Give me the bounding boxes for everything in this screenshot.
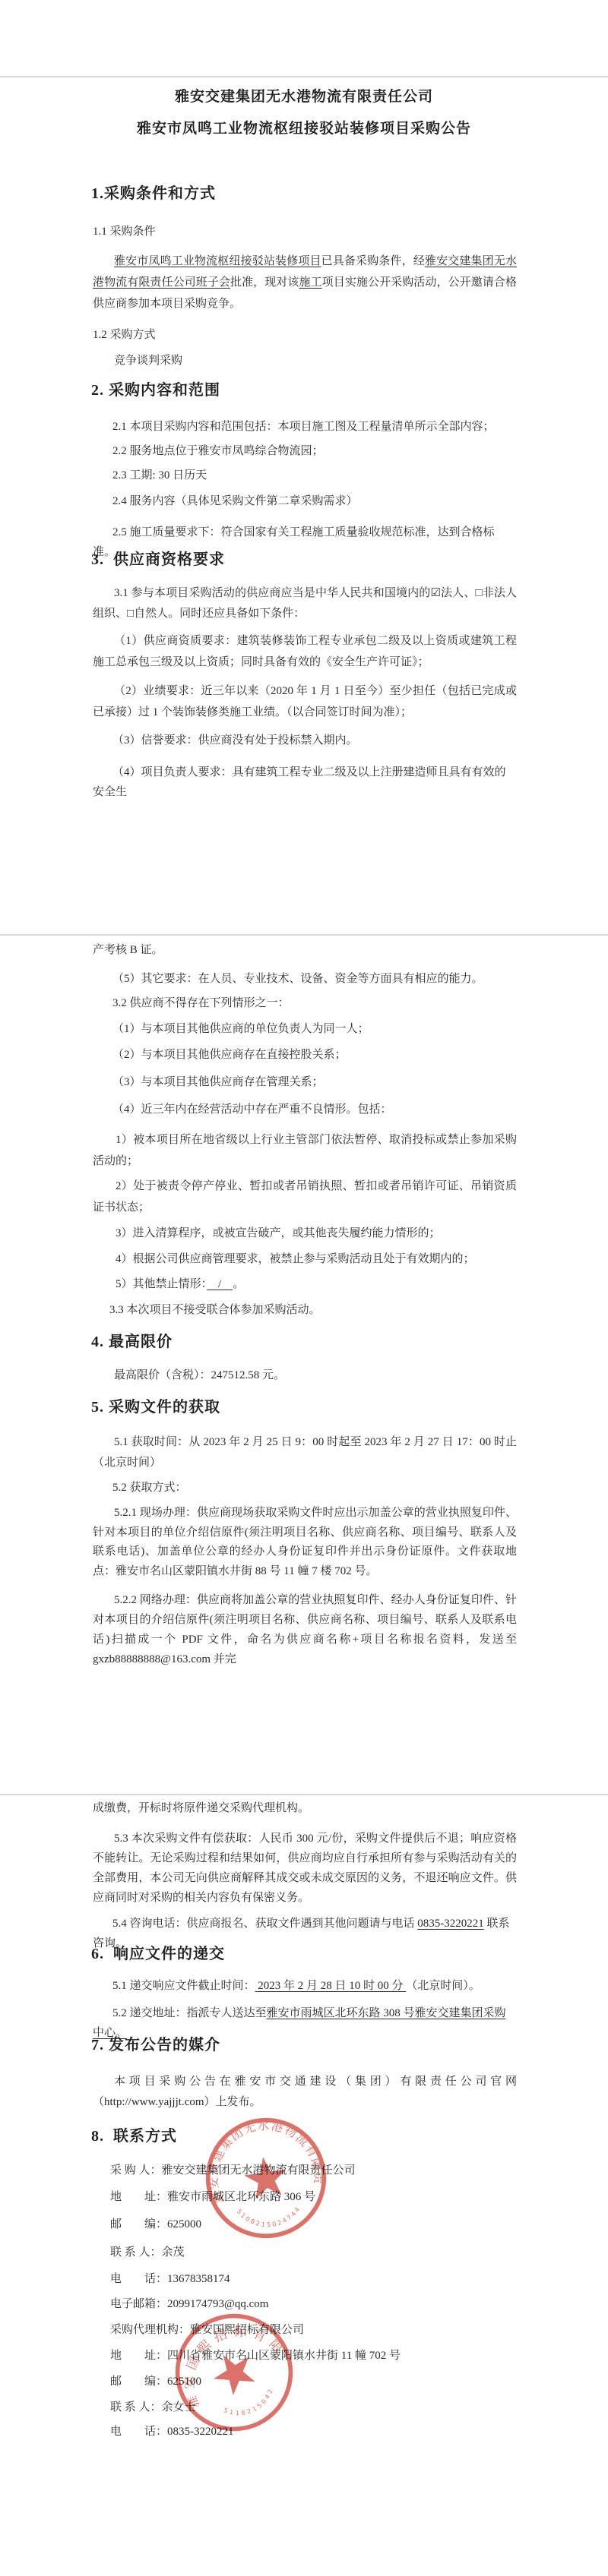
clause-5-2-1-onsite: 5.2.1 现场办理：供应商现场获取采购文件时应出示加盖公章的营业执照复印件、针…	[93, 1504, 517, 1581]
heading-1: 1.采购条件和方式	[91, 181, 216, 203]
clause-3-1-lead: 3.1 参与本项目采购活动的供应商应当是中华人民共和国境内的	[114, 587, 430, 599]
heading-6: 6. 响应文件的递交	[91, 1941, 225, 1963]
deadline-label: 5.1 递交响应文件截止时间：	[112, 1980, 255, 1992]
contact-label: 电 话：	[110, 2273, 167, 2285]
contact-label: 电子邮箱：	[110, 2298, 167, 2310]
deadline-tail: （北京时间）。	[406, 1980, 480, 1992]
para-text-2: 批准，现对该	[230, 276, 299, 289]
clause-1-2: 1.2 采购方式	[93, 325, 517, 345]
forbidden-4: （4）近三年内在经营活动中存在严重不良情形。包括：	[93, 1100, 517, 1119]
contact-label: 采 购 人：	[110, 2164, 162, 2177]
clause-3-2: 3.2 供应商不得存在下列情形之一：	[93, 993, 517, 1013]
contact-buyer-phone: 电 话：13678358174	[110, 2270, 230, 2286]
contact-label: 地 址：	[110, 2191, 167, 2203]
scanned-procurement-announcement: 雅安交建集团无水港物流有限责任公司 雅安市凤鸣工业物流枢纽接驳站装修项目采购公告…	[0, 0, 608, 2576]
clause-5-3-fee: 5.3 本次采购文件有偿获取：人民币 300 元/份，采购文件提供后不退；响应资…	[93, 1829, 517, 1908]
sub-5-text: 5）其他禁止情形：	[116, 1278, 207, 1290]
forbidden-2: （2）与本项目其他供应商存在直接控股关系；	[93, 1045, 517, 1065]
para-procurement-conditions: 雅安市凤鸣工业物流枢纽接驳站装修项目已具备采购条件，经雅安交建集团无水港物流有限…	[93, 251, 517, 314]
clause-1-1: 1.1 采购条件	[93, 222, 517, 241]
page-break-3	[0, 1794, 608, 1795]
page-break-1	[0, 76, 608, 77]
heading-2: 2. 采购内容和范围	[91, 377, 220, 399]
announcement-title: 雅安市凤鸣工业物流枢纽接驳站装修项目采购公告	[0, 117, 608, 137]
heading-8: 8. 联系方式	[91, 2123, 177, 2145]
clause-5-1-time: 5.1 获取时间：从 2023 年 2 月 25 日 9：00 时起至 2023…	[93, 1432, 517, 1473]
requirement-2-performance: （2）业绩要求：近三年以来（2020 年 1 月 1 日至今）至少担任（包括已完…	[93, 680, 517, 723]
clause-5-2-2-continued: 成缴费，开标时将原件递交采购代理机构。	[93, 1798, 517, 1818]
clause-3-3: 3.3 本次项目不接受联合体参加采购活动。	[93, 1300, 517, 1320]
requirement-4-project-leader: （4）项目负责人要求：具有建筑工程专业二级及以上注册建造师且具有有效的安全生	[93, 762, 517, 802]
forbidden-4-sub-1: 1）被本项目所在地省级以上行业主管部门依法暂停、取消投标或禁止参加采购活动的；	[93, 1129, 517, 1172]
company-title: 雅安交建集团无水港物流有限责任公司	[0, 85, 608, 106]
contact-value: 13678358174	[167, 2273, 230, 2285]
contact-value: 余茂	[162, 2246, 185, 2259]
label-legal-person: 法人、	[441, 587, 476, 599]
requirement-4-continued: 产考核 B 证。	[93, 940, 517, 960]
contact-label: 邮 编：	[110, 2218, 167, 2230]
seal-star-icon	[205, 2344, 261, 2399]
seal-star-icon	[242, 2154, 290, 2200]
heading-3: 3. 供应商资格要求	[91, 547, 225, 569]
page-break-2	[0, 934, 608, 936]
contact-label: 电 话：	[110, 2426, 167, 2438]
address-label: 5.2 递交地址：指派专人送达至	[112, 2007, 267, 2019]
contact-value: 625000	[167, 2218, 201, 2230]
forbidden-1: （1）与本项目其他供应商的单位负责人为同一人；	[93, 1019, 517, 1039]
heading-7: 7. 发布公告的媒介	[91, 2032, 220, 2054]
requirement-5-other: （5）其它要求：在人员、专业技术、设备、资金等方面具有相应的能力。	[93, 969, 517, 989]
project-name-underlined: 雅安市凤鸣工业物流枢纽接驳站装修项目	[114, 255, 321, 267]
contact-label: 联 系 人：	[110, 2401, 162, 2413]
submission-deadline: 5.1 递交响应文件截止时间： 2023 年 2 月 28 日 10 时 00 …	[93, 1976, 517, 1996]
clause-2-1: 2.1 本项目采购内容和范围包括：本项目施工图及工程量清单所示全部内容；	[93, 417, 517, 437]
publication-media: 本项目采购公告在雅安市交通建设（集团）有限责任公司官网（http://www.y…	[93, 2072, 517, 2113]
forbidden-3: （3）与本项目其他供应商存在管理关系；	[93, 1072, 517, 1092]
clause-2-2: 2.2 服务地点位于雅安市凤鸣综合物流园；	[93, 441, 517, 461]
para-text-1: 已具备采购条件，经	[321, 255, 425, 267]
forbidden-4-sub-2: 2）处于被责令停产停业、暂扣或者吊销执照、暂扣或者吊销许可证、吊销资质证书状态；	[93, 1176, 517, 1218]
clause-5-2-2-online: 5.2.2 网络办理：供应商将加盖公章的营业执照复印件、经办人身份证复印件、针对…	[93, 1590, 517, 1669]
requirement-1-qualification: （1）供应商资质要求：建筑装修装饰工程专业承包二级及以上资质或建筑工程施工总承包…	[93, 630, 517, 673]
sub-5-period: 。	[233, 1278, 244, 1290]
requirement-3-reputation: （3）信誉要求：供应商没有处于投标禁入期内。	[93, 731, 517, 750]
contact-buyer-postcode: 邮 编：625000	[110, 2215, 201, 2231]
sub-5-blank-slash: /	[207, 1278, 233, 1290]
contact-label: 邮 编：	[110, 2376, 167, 2388]
construction-underlined: 施工	[299, 276, 321, 289]
contact-label: 联 系 人：	[110, 2246, 162, 2259]
checkbox-legal-person-checked: ☑	[430, 587, 440, 599]
clause-2-3: 2.3 工期: 30 日历天	[93, 466, 517, 485]
heading-5: 5. 采购文件的获取	[91, 1394, 220, 1416]
forbidden-4-sub-5: 5）其他禁止情形： / 。	[93, 1274, 517, 1294]
seal-number-text: 5118215042	[220, 2379, 280, 2427]
clause-3-1: 3.1 参与本项目采购活动的供应商应当是中华人民共和国境内的☑法人、□非法人组织…	[93, 583, 517, 624]
deadline-date-underlined: 2023 年 2 月 28 日 10 时 00 分	[255, 1980, 407, 1992]
contact-label: 采购代理机构：	[110, 2324, 190, 2336]
max-price: 最高限价（含税）：247512.58 元。	[93, 1365, 517, 1385]
forbidden-4-sub-3: 3）进入清算程序，或被宣告破产，或其他丧失履约能力情形的；	[93, 1223, 517, 1243]
clause-5-2-method: 5.2 获取方式：	[93, 1478, 517, 1498]
hotline-phone: 0835-3220221	[417, 1918, 484, 1930]
checkbox-natural-person: □	[127, 608, 134, 620]
heading-4: 4. 最高限价	[91, 1329, 173, 1351]
checkbox-non-legal-org: □	[475, 587, 482, 599]
procurement-method: 竞争谈判采购	[114, 351, 538, 371]
buyer-company-seal: 雅安交建集团无水港物流有限责任公司 5108215024744	[195, 2107, 336, 2248]
contact-buyer-person: 联 系 人：余茂	[110, 2243, 185, 2259]
forbidden-4-sub-4: 4）根据公司供应商管理要求，被禁止参与采购活动且处于有效期内的；	[93, 1249, 517, 1269]
hotline-text: 5.4 咨询电话：供应商报名、获取文件遇到其他问题请与电话	[112, 1918, 417, 1930]
clause-2-4: 2.4 服务内容（具体见采购文件第二章采购需求）	[93, 491, 517, 511]
label-natural-person: 自然人。同时还应具备如下条件：	[134, 608, 305, 620]
